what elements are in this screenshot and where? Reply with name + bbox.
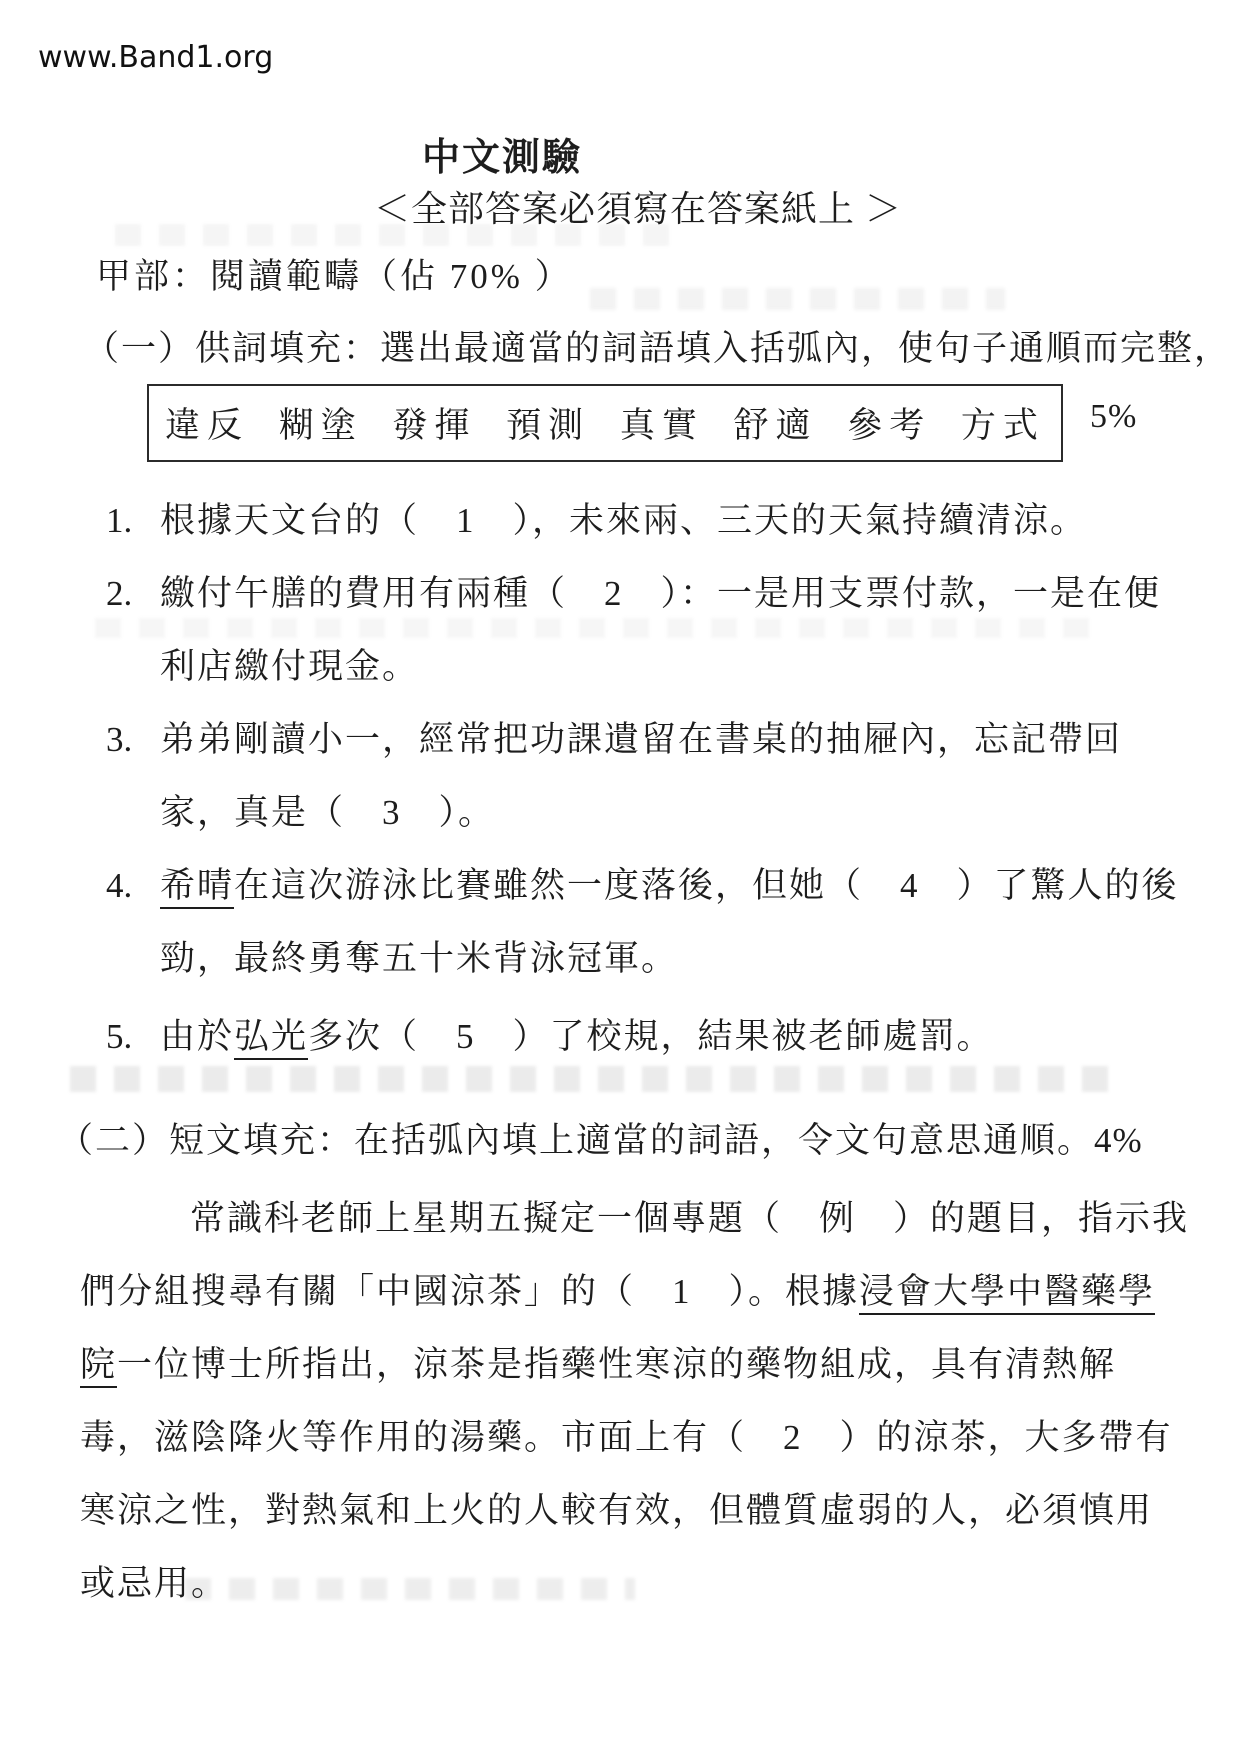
question-5-number: 5.	[106, 1016, 160, 1058]
question-3-number: 3.	[106, 719, 160, 761]
question-5: 5.由於弘光多次（ 5 ）了校規，結果被老師處罰。	[106, 1016, 994, 1058]
watermark-url: www.Band1.org	[38, 40, 273, 76]
section-a-heading: 甲部：閱讀範疇（佔 70% ）	[96, 256, 573, 298]
question-2-text-line1: 繳付午膳的費用有兩種（ 2 ）：一是用支票付款，一是在便	[160, 574, 1161, 613]
part2-instruction: （二）短文填充：在括弧內填上適當的詞語，令文句意思通順。	[58, 1121, 1094, 1160]
word-bank-box: 違反 糊塗 發揮 預測 真實 舒適 參考 方式	[147, 384, 1063, 462]
part2-instruction-row: （二）短文填充：在括弧內填上適當的詞語，令文句意思通順。4%	[58, 1120, 1143, 1162]
part1-instruction: （一）供詞填充：選出最適當的詞語填入括弧內，使句子通順而完整，	[84, 328, 1231, 370]
question-4-text-line2: 勁，最終勇奪五十米背泳冠軍。	[160, 938, 678, 980]
passage-line-3: 院一位博士所指出，涼茶是指藥性寒涼的藥物組成，具有清熱解	[80, 1344, 1116, 1386]
word-bank-item: 舒適	[734, 398, 818, 448]
bleed-through-artifact	[95, 618, 1095, 638]
question-2: 2.繳付午膳的費用有兩種（ 2 ）：一是用支票付款，一是在便	[106, 573, 1161, 615]
bleed-through-artifact	[590, 288, 1005, 310]
passage-line-1: 常識科老師上星期五擬定一個專題（ 例 ）的題目，指示我	[190, 1198, 1189, 1240]
question-4: 4.希晴在這次游泳比賽雖然一度落後，但她（ 4 ）了驚人的後	[106, 865, 1179, 907]
word-bank-item: 糊塗	[279, 398, 363, 448]
question-3-text-line1: 弟弟剛讀小一，經常把功課遺留在書桌的抽屜內，忘記帶回	[160, 720, 1122, 759]
page-title: 中文測驗	[422, 136, 582, 182]
passage-line-4: 毒，滋陰降火等作用的湯藥。市面上有（ 2 ）的涼茶，大多帶有	[80, 1417, 1173, 1459]
question-5-text: 由於弘光多次（ 5 ）了校規，結果被老師處罰。	[160, 1017, 994, 1060]
bleed-through-artifact	[70, 1066, 1120, 1092]
answer-sheet-notice: ＜全部答案必須寫在答案紙上 ＞	[374, 188, 902, 231]
question-1: 1.根據天文台的（ 1 ），未來兩、三天的天氣持續清涼。	[106, 500, 1087, 542]
word-bank-item: 參考	[847, 398, 931, 448]
word-bank-item: 預測	[506, 398, 590, 448]
question-2-text-line2: 利店繳付現金。	[160, 646, 419, 688]
bleed-through-artifact	[185, 1578, 635, 1600]
question-4-text-line1: 希晴在這次游泳比賽雖然一度落後，但她（ 4 ）了驚人的後	[160, 866, 1179, 909]
scanned-test-paper: www.Band1.org 中文測驗 ＜全部答案必須寫在答案紙上 ＞ 甲部：閱讀…	[0, 0, 1240, 1754]
question-1-text: 根據天文台的（ 1 ），未來兩、三天的天氣持續清涼。	[160, 501, 1087, 540]
part2-marks: 4%	[1094, 1121, 1143, 1160]
word-bank-item: 真實	[620, 398, 704, 448]
part1-marks: 5%	[1090, 398, 1137, 436]
word-bank-item: 發揮	[392, 398, 476, 448]
question-4-number: 4.	[106, 865, 160, 907]
passage-line-2: 們分組搜尋有關「中國涼茶」的（ 1 ）。根據浸會大學中醫藥學	[80, 1271, 1155, 1313]
passage-line-6: 或忌用。	[80, 1563, 228, 1605]
passage-line-5: 寒涼之性，對熱氣和上火的人較有效，但體質虛弱的人，必須慎用	[80, 1490, 1153, 1532]
question-3: 3.弟弟剛讀小一，經常把功課遺留在書桌的抽屜內，忘記帶回	[106, 719, 1122, 761]
question-3-text-line2: 家，真是（ 3 ）。	[160, 792, 495, 834]
question-2-number: 2.	[106, 573, 160, 615]
word-bank-item: 方式	[961, 398, 1045, 448]
word-bank-item: 違反	[165, 398, 249, 448]
question-1-number: 1.	[106, 500, 160, 542]
